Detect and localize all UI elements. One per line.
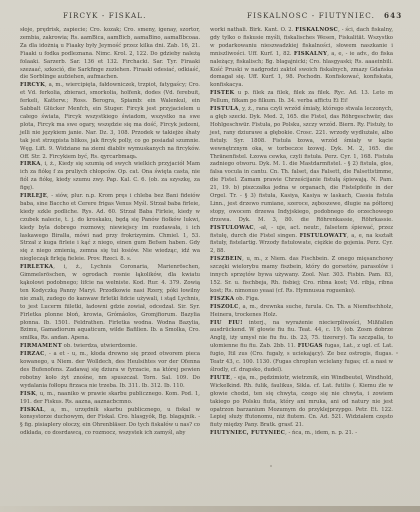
dictionary-entry: FIRMAMENT ob. twierdza, utwierdzenie.	[20, 343, 200, 351]
entry-text: , u, m., naaniko w prawie skarbu publicz…	[20, 391, 200, 405]
entry-headword: FISZBEIN	[210, 256, 242, 262]
entry-headword: FISTEK	[210, 90, 234, 96]
dictionary-entry: FISZOLC, a, m., drewnka suche, furula. C…	[210, 304, 393, 320]
entry-headword: FIRMAMENT	[20, 343, 62, 349]
entry-text: u p. filek za filek, filek za filek. Ryc…	[210, 90, 393, 104]
entry-headword: FISKAL	[20, 407, 44, 413]
entry-headword: FIUTYNIEC, FUTYNIEC	[210, 430, 285, 436]
entry-headword: FISTULOWAC	[210, 225, 254, 231]
page-number: 643	[384, 11, 402, 20]
entry-text: , - ńca, m., idem, n. p. 21. -	[285, 430, 357, 436]
entry-headword: FIRZAC	[20, 351, 45, 357]
entry-headword: FIRLETKA	[20, 264, 53, 270]
entry-text: , y, ż., rana czyli wrzód śmiały, któreg…	[210, 106, 393, 223]
dictionary-entry: FIRLEJE, - siów, plur. n.p. Krom pręs i …	[20, 193, 200, 264]
entry-text: , a, m., wiercipięta, fałdowniczek, trzp…	[20, 82, 200, 159]
running-head: FIRCYK - FISKAL. FISKALNOSC - FIUTYNIEC.…	[0, 11, 420, 23]
paper-speck	[396, 352, 398, 354]
dictionary-entry: FIUTYNIEC, FUTYNIEC, - ńca, m., idem, n.…	[210, 430, 393, 438]
entry-text: , - a et - u, m., kłoda drewno się przed…	[20, 351, 200, 389]
entry-headword: FISK	[20, 391, 36, 397]
entry-headword: FISTULA	[210, 106, 239, 112]
entry-headword: FISKALNY	[294, 51, 327, 57]
dictionary-entry: FIRKA, i, ż., Kiedy się szumią od swych …	[20, 161, 200, 193]
dictionary-entry: FIRLETKA, i, ż., Lychnis Coronaria, Mari…	[20, 264, 200, 343]
dictionary-entry: FIUTE, - eja, m., pędzimiotr, wietrznik,…	[210, 375, 393, 430]
dictionary-entry: FISTULA, y, ż., rana czyli wrzód śmiały,…	[210, 106, 393, 256]
entry-headword: FIUTE	[210, 375, 230, 381]
dictionary-entry: FIRZAC, - a et - u, m., kłoda drewno się…	[20, 351, 200, 391]
left-column: słoje, prędrisk, zapiecie; Cro. kozak; C…	[20, 27, 200, 438]
entry-text: , - eja, m., pędzimiotr, wietrznik, ein …	[210, 375, 393, 428]
entry-headword: FISZKA	[210, 296, 234, 302]
entry-headword: FISKALNOSC	[295, 27, 338, 33]
right-column: worki nathali. Birk. Kant. O. 2. FISKALN…	[210, 27, 393, 438]
entry-headword: FISZOLC	[210, 304, 239, 310]
entry-text: ob. Figa.	[234, 296, 259, 302]
dictionary-entry: FISZBEIN, u, m., z Niem. das Fischbein. …	[210, 256, 393, 296]
entry-text: , i, ż., Lychnis Coronaria, Marienrösche…	[20, 264, 200, 341]
dictionary-page: FIRCYK - FISKAL. FISKALNOSC - FIUTYNIEC.…	[0, 0, 420, 512]
dictionary-entry: słoje, prędrisk, zapiecie; Cro. kozak; C…	[20, 27, 200, 82]
dictionary-entry: FISTEK u p. filek za filek, filek za fil…	[210, 90, 393, 106]
dictionary-entry: worki nathali. Birk. Kant. O. 2. FISKALN…	[210, 27, 393, 90]
dictionary-entry: FIRCYK, a, m., wiercipięta, fałdowniczek…	[20, 82, 200, 161]
right-guide-word: FISKALNOSC - FIUTYNIEC.	[247, 11, 375, 20]
entry-headword: FIU FIU!	[210, 320, 243, 326]
entry-text: worki nathali. Birk. Kant. O. 2.	[210, 27, 293, 33]
paper-speck	[270, 465, 272, 467]
entry-text: , i, ż., Kiedy się szumią od swych wielk…	[20, 161, 200, 191]
entry-headword: FIRKA	[20, 161, 41, 167]
entry-headword: FIUGAS	[298, 343, 323, 349]
dictionary-entry: FIU FIU! interj., na wyrażenie niecierpl…	[210, 320, 393, 375]
entry-headword: FIRCYK	[20, 82, 45, 88]
entry-text: , - siów, plur. n.p. Krom pręs i chleba …	[20, 193, 200, 262]
page-bottom-edge	[0, 506, 420, 512]
entry-text: słoje, prędrisk, zapiecie; Cro. kozak; C…	[20, 27, 200, 80]
entry-headword: FISTULOWATY	[300, 233, 347, 239]
entry-text: ob. twierdza, utwierdzenie.	[62, 343, 137, 349]
entry-text: , a, m., urzędnik skarbu publicznego, u …	[20, 407, 200, 437]
dictionary-entry: FISZKA ob. Figa.	[210, 296, 393, 304]
dictionary-entry: FISKAL, a, m., urzędnik skarbu publiczne…	[20, 407, 200, 439]
left-guide-word: FIRCYK - FISKAL.	[63, 11, 147, 20]
dictionary-entry: FISK, u, m., naaniko w prawie skarbu pub…	[20, 391, 200, 407]
entry-headword: FIRLEJE	[20, 193, 47, 199]
